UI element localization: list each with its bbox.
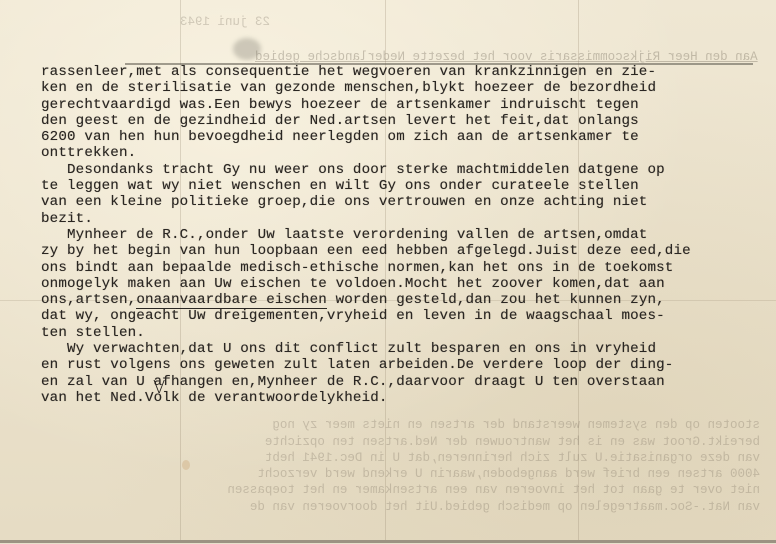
text-line: onmogelyk maken aan Uw eischen te voldoe… [41,276,691,292]
text-line: ons,artsen,onaanvaardbare eischen worden… [41,292,691,308]
text-line: dat wy, ongeacht Uw dreigementen,vryheid… [41,308,691,324]
text-line: en rust volgens ons geweten zult laten a… [41,357,691,373]
text-line: 6200 van hen hun bevoegdheid neerlegden … [41,129,691,145]
text-line: Mynheer de R.C.,onder Uw laatste verorde… [41,227,691,243]
text-line: den geest en de gezindheid der Ned.artse… [41,113,691,129]
text-line: bezit. [41,211,691,227]
text-line: ons bindt aan bepaalde medisch-ethische … [41,260,691,276]
text-line: onttrekken. [41,145,691,161]
text-line: en zal van U afhangen en,Mynheer de R.C.… [41,374,691,390]
text-line: ten stellen. [41,325,691,341]
text-line: ken en de sterilisatie van gezonde mensc… [41,80,691,96]
bleed-date: 23 juni 1943 [180,14,270,30]
text-line: Desondanks tracht Gy nu weer ons door st… [41,162,691,178]
paper-sheet: 23 juni 1943 Aan den Heer Rijkscommissar… [0,0,776,543]
text-line: van het Ned.Volk de verantwoordelykheid. [41,390,691,406]
handwritten-mark: V [153,377,165,398]
text-line: zy by het begin van hun loopbaan een eed… [41,243,691,259]
letter-body: rassenleer,met als consequentie het wegv… [41,64,691,406]
text-line: Wy verwachten,dat U ons dit conflict zul… [41,341,691,357]
text-line: gerechtvaardigd was.Een bewys hoezeer de… [41,97,691,113]
underlined-phrase: onaanvaardbare eischen [136,292,327,309]
text-line: van een kleine politieke groep,die ons v… [41,194,691,210]
text-line: te leggen wat wy niet wenschen en wilt G… [41,178,691,194]
text-line: rassenleer,met als consequentie het wegv… [41,64,691,80]
